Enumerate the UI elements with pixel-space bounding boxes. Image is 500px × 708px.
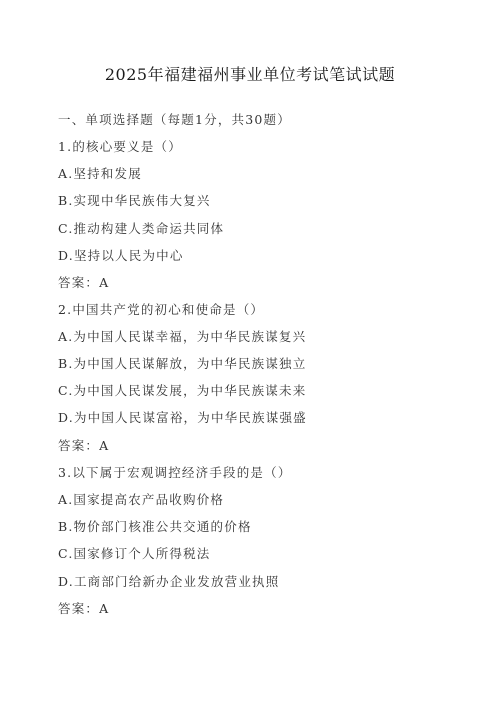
question-3-option-d: D.工商部门给新办企业发放营业执照	[58, 573, 279, 591]
question-1-option-a: A.坚持和发展	[58, 165, 142, 183]
question-3-option-a: A.国家提高农产品收购价格	[58, 491, 224, 509]
question-1-answer: 答案：A	[58, 274, 109, 292]
question-2-stem: 2.中国共产党的初心和使命是（）	[58, 301, 264, 319]
document-title: 2025年福建福州事业单位考试笔试试题	[0, 64, 500, 86]
question-3-stem: 3.以下属于宏观调控经济手段的是（）	[58, 464, 292, 482]
question-1-option-b: B.实现中华民族伟大复兴	[58, 192, 211, 210]
question-2-answer: 答案：A	[58, 437, 109, 455]
question-3-option-c: C.国家修订个人所得税法	[58, 545, 211, 563]
question-2-option-b: B.为中国人民谋解放，为中华民族谋独立	[58, 355, 306, 373]
question-2-option-a: A.为中国人民谋幸福，为中华民族谋复兴	[58, 328, 306, 346]
question-2-option-d: D.为中国人民谋富裕，为中华民族谋强盛	[58, 409, 307, 427]
question-2-option-c: C.为中国人民谋发展，为中华民族谋未来	[58, 382, 306, 400]
question-1-stem: 1.的核心要义是（）	[58, 138, 182, 156]
question-3-answer: 答案：A	[58, 600, 109, 618]
question-3-option-b: B.物价部门核准公共交通的价格	[58, 518, 252, 536]
section-header: 一、单项选择题（每题1分，共30题）	[58, 111, 291, 129]
document-page: 2025年福建福州事业单位考试笔试试题 一、单项选择题（每题1分，共30题） 1…	[0, 0, 500, 708]
question-1-option-c: C.推动构建人类命运共同体	[58, 220, 224, 238]
question-1-option-d: D.坚持以人民为中心	[58, 247, 184, 265]
